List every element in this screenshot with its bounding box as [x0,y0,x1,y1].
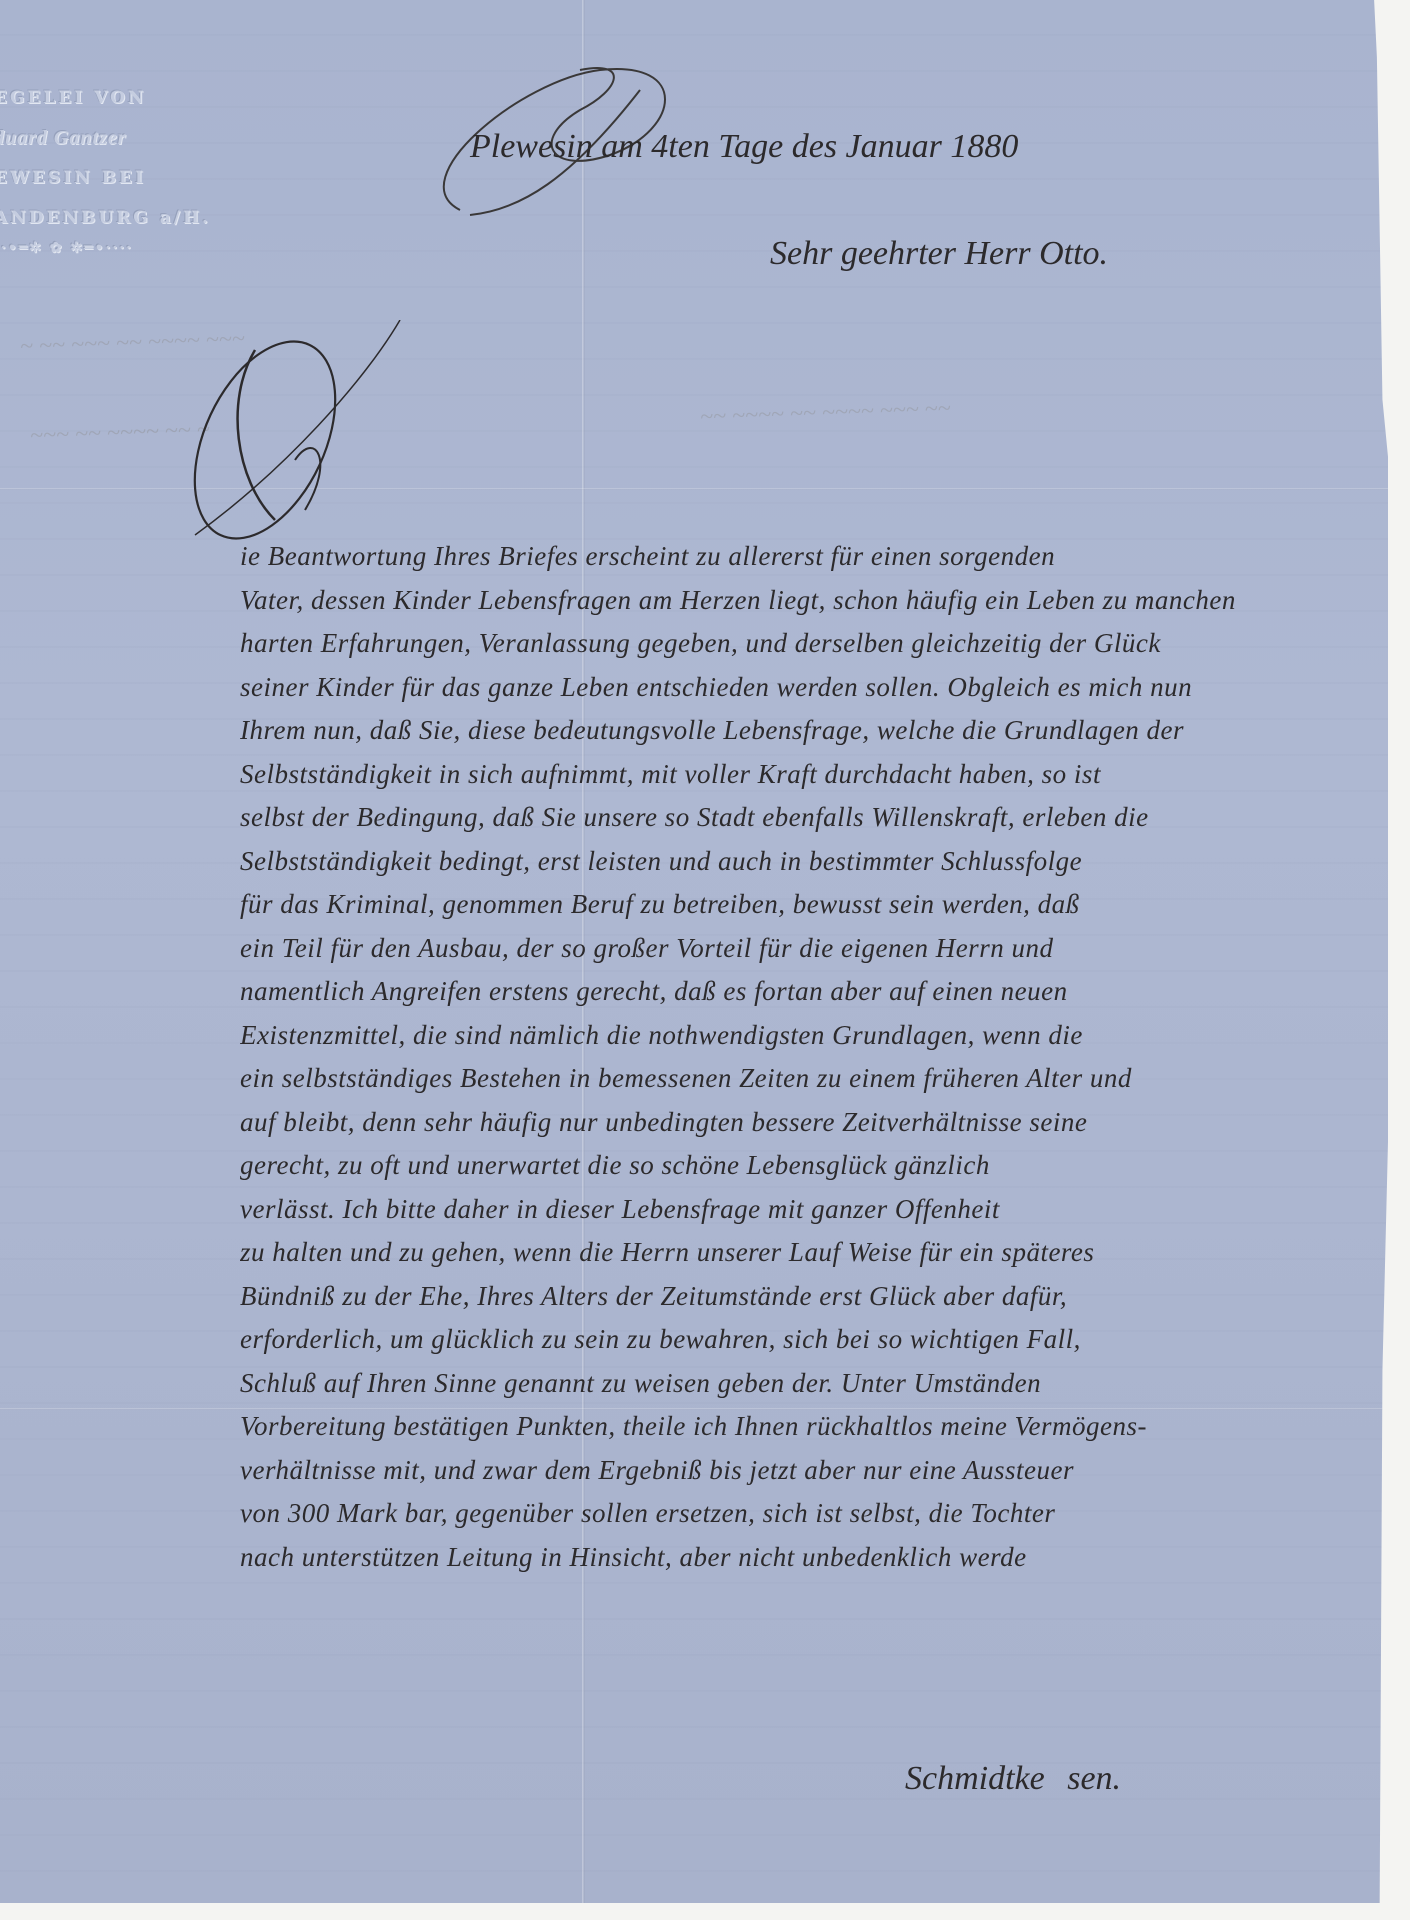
letter-sheet: ~ ~~ ~~~ ~~ ~~~~ ~~~ ~~~ ~~ ~~~~ ~~ ~ ~~… [0,0,1388,1903]
body-line: für das Kriminal, genommen Beruf zu betr… [240,883,1390,927]
bleed-through-text: ~~ ~~~~ ~~ ~~~~ ~~~ ~~ [700,396,952,432]
body-line: Selbstständigkeit bedingt, erst leisten … [240,840,1390,884]
body-line: gerecht, zu oft und unerwartet die so sc… [240,1144,1390,1188]
body-line: ein selbstständiges Bestehen in bemessen… [240,1057,1390,1101]
letterhead-line: ANDENBURG a/H. [0,198,234,238]
body-line: harten Erfahrungen, Veranlassung gegeben… [240,622,1390,666]
body-line: Selbstständigkeit in sich aufnimmt, mit … [240,753,1390,797]
body-line: selbst der Bedingung, daß Sie unsere so … [240,796,1390,840]
signature: Schmidtke sen. [905,1760,1121,1798]
letterhead-line: EGELEI VON [0,78,234,118]
place-date-line: Plewesin am 4ten Tage des Januar 1880 [470,128,1018,166]
body-line: ein Teil für den Ausbau, der so großer V… [240,927,1390,971]
salutation: Sehr geehrter Herr Otto. [770,235,1108,273]
embossed-letterhead: EGELEI VON duard Gantzer EWESIN BEI ANDE… [0,78,234,256]
letterhead-owner: duard Gantzer [0,118,234,158]
body-line: erforderlich, um glücklich zu sein zu be… [240,1318,1390,1362]
body-line: Existenzmittel, die sind nämlich die not… [240,1014,1390,1058]
body-line: Vorbereitung bestätigen Punkten, theile … [240,1405,1390,1449]
body-line: Ihrem nun, daß Sie, diese bedeutungsvoll… [240,709,1390,753]
body-line: Bündniß zu der Ehe, Ihres Alters der Zei… [240,1275,1390,1319]
body-line: verhältnisse mit, und zwar dem Ergebniß … [240,1449,1390,1493]
letter-body: ie Beantwortung Ihres Briefes erscheint … [240,535,1390,1579]
body-line: ie Beantwortung Ihres Briefes erscheint … [240,535,1390,579]
letterhead-ornament-icon: ··•═✲ ✿ ✲═•···· [0,240,234,256]
body-line: namentlich Angreifen erstens gerecht, da… [240,970,1390,1014]
body-line: seiner Kinder für das ganze Leben entsch… [240,666,1390,710]
letterhead-line: EWESIN BEI [0,158,234,198]
body-line: nach unterstützen Leitung in Hinsicht, a… [240,1536,1390,1580]
signature-suffix: sen. [1067,1760,1121,1797]
body-line: auf bleibt, denn sehr häufig nur unbedin… [240,1101,1390,1145]
body-line: von 300 Mark bar, gegenüber sollen erset… [240,1492,1390,1536]
body-line: Schluß auf Ihren Sinne genannt zu weisen… [240,1362,1390,1406]
signature-name: Schmidtke [905,1760,1045,1797]
body-line: verlässt. Ich bitte daher in dieser Lebe… [240,1188,1390,1232]
initial-d-flourish-icon [165,320,405,550]
body-line: Vater, dessen Kinder Lebensfragen am Her… [240,579,1390,623]
body-line: zu halten und zu gehen, wenn die Herrn u… [240,1231,1390,1275]
